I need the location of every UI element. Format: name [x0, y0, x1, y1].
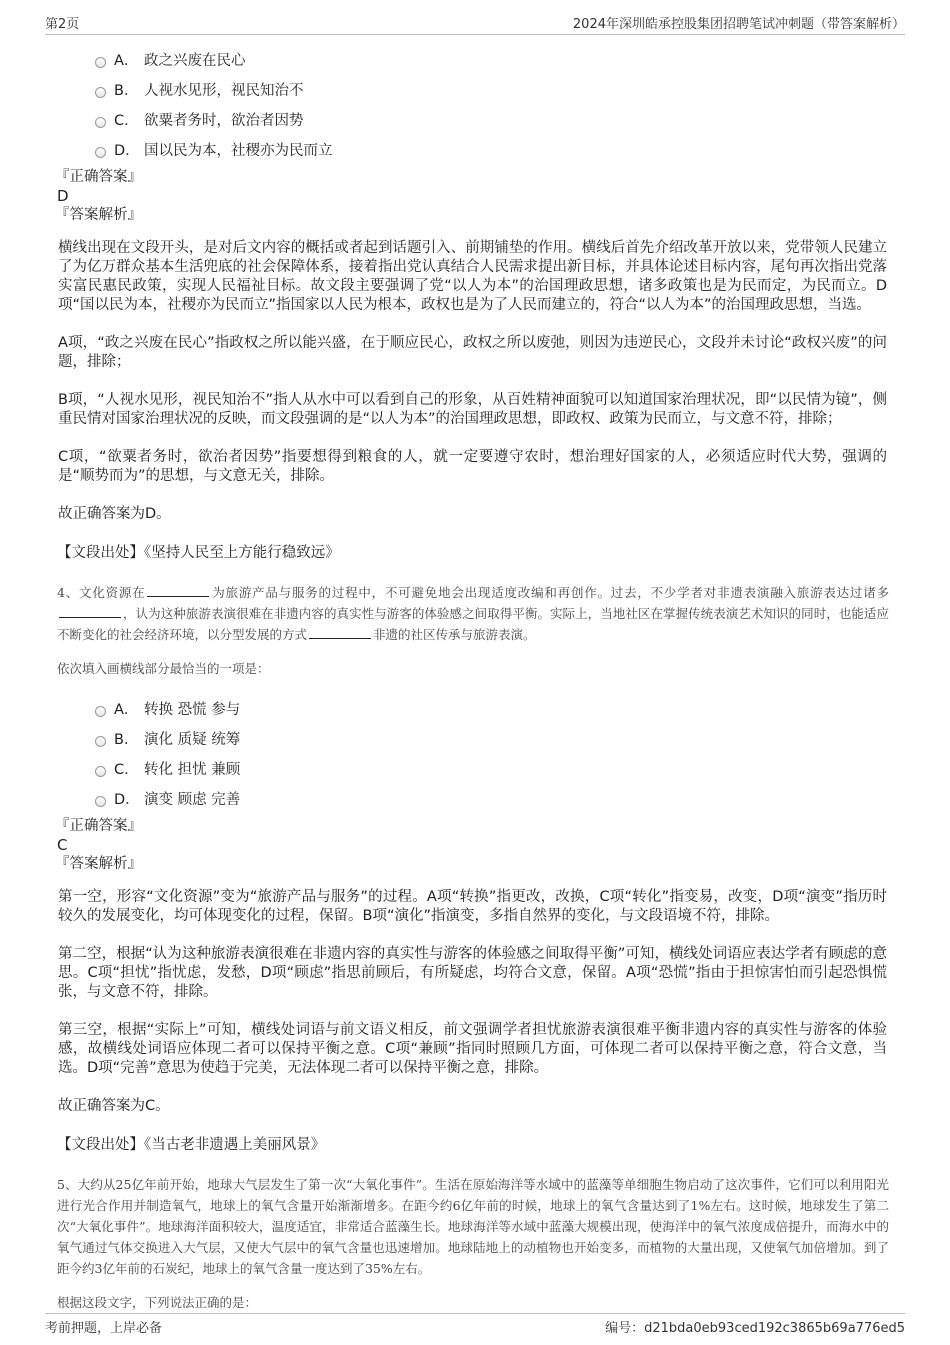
q3-options: A． 政之兴废在民心 B． 人视水见形，视民知治不 C． 欲粟者务时，欲治者因势… [95, 44, 897, 164]
q4-prompt: 依次填入画横线部分最恰当的一项是： [57, 659, 897, 679]
radio-button-icon[interactable] [95, 706, 106, 717]
radio-button-icon[interactable] [95, 796, 106, 807]
q3-analysis-heading: 『答案解析』 [55, 205, 897, 225]
radio-button-icon[interactable] [95, 147, 106, 158]
radio-button-icon[interactable] [95, 766, 106, 777]
q5-prompt: 根据这段文字，下列说法正确的是： [57, 1293, 897, 1313]
q4-options: A． 转换 恐慌 参与 B． 演化 质疑 统筹 C． 转化 担忧 兼顾 D． 演… [95, 693, 897, 813]
q3-analysis-b: B项，“人视水见形，视民知治不”指人从水中可以看到自己的形象，从百姓精神面貌可以… [57, 391, 897, 429]
document-serial: 编号：d21bda0eb93ced192c3865b69a776ed5 [605, 1317, 905, 1336]
footer-slogan: 考前押题，上岸必备 [45, 1317, 162, 1336]
fill-blank-2 [59, 605, 121, 618]
q4-conclusion: 故正确答案为C。 [57, 1097, 897, 1116]
q3-analysis-main: 横线出现在文段开头，是对后文内容的概括或者起到话题引入、前期铺垫的作用。横线后首… [57, 239, 897, 315]
q4-analysis-blank3: 第三空，根据“实际上”可知，横线处词语与前文语义相反，前文强调学者担忧旅游表演很… [57, 1021, 897, 1078]
q4-option-d[interactable]: D． 演变 顾虑 完善 [95, 783, 897, 813]
q3-option-b[interactable]: B． 人视水见形，视民知治不 [95, 74, 897, 104]
page-number: 第2页 [45, 13, 79, 32]
q4-option-a[interactable]: A． 转换 恐慌 参与 [95, 693, 897, 723]
q4-source: 【文段出处】《当古老非遗遇上美丽风景》 [57, 1135, 897, 1155]
q3-option-a[interactable]: A． 政之兴废在民心 [95, 44, 897, 74]
q3-source: 【文段出处】《坚持人民至上方能行稳致远》 [57, 543, 897, 563]
q3-analysis-a: A项，“政之兴废在民心”指政权之所以能兴盛，在于顺应民心，政权之所以废弛，则因为… [57, 334, 897, 372]
radio-button-icon[interactable] [95, 736, 106, 747]
fill-blank-1 [147, 584, 209, 597]
page-footer: 考前押题，上岸必备 编号：d21bda0eb93ced192c3865b69a7… [45, 1313, 905, 1337]
q4-option-c[interactable]: C． 转化 担忧 兼顾 [95, 753, 897, 783]
q3-answer-heading: 『正确答案』 [55, 167, 897, 187]
document-title: 2024年深圳皓承控股集团招聘笔试冲刺题（带答案解析） [573, 13, 905, 32]
q3-option-c[interactable]: C． 欲粟者务时，欲治者因势 [95, 104, 897, 134]
q4-answer: C [57, 836, 897, 854]
q3-option-d[interactable]: D． 国以民为本，社稷亦为民而立 [95, 134, 897, 164]
q3-conclusion: 故正确答案为D。 [57, 505, 897, 524]
q4-analysis-blank2: 第二空，根据“认为这种旅游表演很难在非遗内容的真实性与游客的体验感之间取得平衡”… [57, 945, 897, 1002]
q4-answer-heading: 『正确答案』 [55, 816, 897, 836]
q3-answer: D [57, 187, 897, 205]
fill-blank-3 [309, 626, 371, 639]
radio-button-icon[interactable] [95, 117, 106, 128]
q4-analysis-heading: 『答案解析』 [55, 854, 897, 874]
q3-analysis-c: C项，“欲粟者务时，欲治者因势”指要想得到粮食的人，就一定要遵守农时，想治理好国… [57, 448, 897, 486]
radio-button-icon[interactable] [95, 57, 106, 68]
q5-stem: 5、大约从25亿年前开始，地球大气层发生了第一次“大氧化事件”。生活在原始海洋等… [57, 1174, 897, 1279]
q4-option-b[interactable]: B． 演化 质疑 统筹 [95, 723, 897, 753]
page-header: 第2页 2024年深圳皓承控股集团招聘笔试冲刺题（带答案解析） [45, 12, 905, 35]
radio-button-icon[interactable] [95, 87, 106, 98]
q4-stem: 4、文化资源在为旅游产品与服务的过程中，不可避免地会出现适度改编和再创作。过去，… [57, 582, 897, 645]
q4-analysis-blank1: 第一空，形容“文化资源”变为“旅游产品与服务”的过程。A项“转换”指更改，改换，… [57, 888, 897, 926]
page-content: A． 政之兴废在民心 B． 人视水见形，视民知治不 C． 欲粟者务时，欲治者因势… [57, 44, 897, 1313]
